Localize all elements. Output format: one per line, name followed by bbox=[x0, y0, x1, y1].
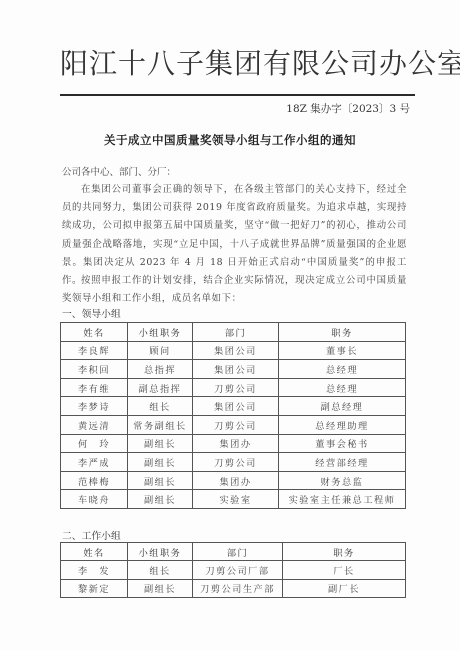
column-header-group-role: 小组职务 bbox=[128, 323, 193, 342]
cell-position: 经营部经理 bbox=[279, 453, 406, 472]
column-header-position: 职务 bbox=[283, 543, 406, 561]
letterhead-divider bbox=[60, 94, 415, 96]
column-header-position: 职务 bbox=[279, 323, 406, 342]
column-header-department: 部门 bbox=[193, 323, 279, 342]
table-header-row: 姓名 小组职务 部门 职务 bbox=[61, 543, 406, 561]
table-row: 李有维 副总指挥 刀剪公司 总经理 bbox=[61, 378, 406, 397]
cell-department: 刀剪公司生产部 bbox=[193, 579, 283, 597]
cell-department: 集团办 bbox=[193, 434, 279, 453]
cell-group-role: 常务副组长 bbox=[128, 415, 193, 434]
column-header-group-role: 小组职务 bbox=[128, 543, 193, 561]
cell-name: 车晓舟 bbox=[61, 490, 128, 509]
cell-department: 集团公司 bbox=[193, 360, 279, 379]
cell-group-role: 组长 bbox=[128, 397, 193, 416]
leadership-group-table: 姓名 小组职务 部门 职务 李良辉 顾问 集团公司 董事长 李积回 总指挥 集团… bbox=[60, 322, 406, 509]
cell-name: 何 玲 bbox=[61, 434, 128, 453]
document-page: 阳江十八子集团有限公司办公室 18Z 集办字〔2023〕3 号 关于成立中国质量… bbox=[0, 0, 460, 650]
cell-department: 刀剪公司厂部 bbox=[193, 561, 283, 579]
body-paragraph: 按照申报工作的计划安排，结合企业实际情况，现决定成立公司中国质量奖领导小组和工作… bbox=[62, 272, 407, 308]
cell-group-role: 副组长 bbox=[128, 453, 193, 472]
cell-position: 财务总监 bbox=[279, 471, 406, 490]
section-heading-working-group: 二、工作小组 bbox=[62, 528, 121, 542]
cell-department: 刀剪公司 bbox=[193, 378, 279, 397]
cell-group-role: 组长 bbox=[128, 561, 193, 579]
table-row: 车晓舟 副组长 实验室 实验室主任兼总工程师 bbox=[61, 490, 406, 509]
cell-name: 李有维 bbox=[61, 378, 128, 397]
cell-group-role: 副组长 bbox=[128, 434, 193, 453]
cell-department: 刀剪公司 bbox=[193, 453, 279, 472]
cell-department: 集团公司 bbox=[193, 397, 279, 416]
table-header-row: 姓名 小组职务 部门 职务 bbox=[61, 323, 406, 342]
cell-department: 刀剪公司 bbox=[193, 415, 279, 434]
working-group-table: 姓名 小组职务 部门 职务 李 发 组长 刀剪公司厂部 厂长 黎新定 副组长 刀… bbox=[60, 542, 406, 598]
table-row: 范棒梅 副组长 集团办 财务总监 bbox=[61, 471, 406, 490]
notice-title: 关于成立中国质量奖领导小组与工作小组的通知 bbox=[0, 132, 460, 148]
cell-name: 李梦诗 bbox=[61, 397, 128, 416]
table-row: 李梦诗 组长 集团公司 副总经理 bbox=[61, 397, 406, 416]
cell-group-role: 副组长 bbox=[128, 490, 193, 509]
column-header-department: 部门 bbox=[193, 543, 283, 561]
cell-group-role: 副总指挥 bbox=[128, 378, 193, 397]
cell-position: 副厂长 bbox=[283, 579, 406, 597]
cell-position: 总经理 bbox=[279, 360, 406, 379]
cell-name: 李 发 bbox=[61, 561, 128, 579]
cell-position: 总经理 bbox=[279, 378, 406, 397]
table-row: 李 发 组长 刀剪公司厂部 厂长 bbox=[61, 561, 406, 579]
cell-department: 实验室 bbox=[193, 490, 279, 509]
cell-group-role: 顾问 bbox=[128, 341, 193, 360]
document-number: 18Z 集办字〔2023〕3 号 bbox=[286, 101, 410, 116]
column-header-name: 姓名 bbox=[61, 543, 128, 561]
cell-department: 集团公司 bbox=[193, 341, 279, 360]
table-row: 何 玲 副组长 集团办 董事会秘书 bbox=[61, 434, 406, 453]
table-row: 李良辉 顾问 集团公司 董事长 bbox=[61, 341, 406, 360]
cell-position: 董事会秘书 bbox=[279, 434, 406, 453]
table-row: 李严成 副组长 刀剪公司 经营部经理 bbox=[61, 453, 406, 472]
cell-position: 总经理助理 bbox=[279, 415, 406, 434]
cell-name: 黄远清 bbox=[61, 415, 128, 434]
cell-department: 集团办 bbox=[193, 471, 279, 490]
cell-name: 李良辉 bbox=[61, 341, 128, 360]
org-letterhead-title: 阳江十八子集团有限公司办公室 bbox=[60, 44, 415, 84]
cell-group-role: 总指挥 bbox=[128, 360, 193, 379]
cell-position: 实验室主任兼总工程师 bbox=[279, 490, 406, 509]
section-heading-leadership: 一、领导小组 bbox=[62, 306, 121, 320]
cell-name: 李严成 bbox=[61, 453, 128, 472]
cell-position: 董事长 bbox=[279, 341, 406, 360]
column-header-name: 姓名 bbox=[61, 323, 128, 342]
cell-position: 厂长 bbox=[283, 561, 406, 579]
table-row: 黄远清 常务副组长 刀剪公司 总经理助理 bbox=[61, 415, 406, 434]
table-row: 李积回 总指挥 集团公司 总经理 bbox=[61, 360, 406, 379]
cell-position: 副总经理 bbox=[279, 397, 406, 416]
cell-name: 李积回 bbox=[61, 360, 128, 379]
cell-name: 黎新定 bbox=[61, 579, 128, 597]
cell-group-role: 副组长 bbox=[128, 471, 193, 490]
cell-group-role: 副组长 bbox=[128, 579, 193, 597]
salutation: 公司各中心、部门、分厂： bbox=[62, 164, 176, 178]
cell-name: 范棒梅 bbox=[61, 471, 128, 490]
table-row: 黎新定 副组长 刀剪公司生产部 副厂长 bbox=[61, 579, 406, 597]
